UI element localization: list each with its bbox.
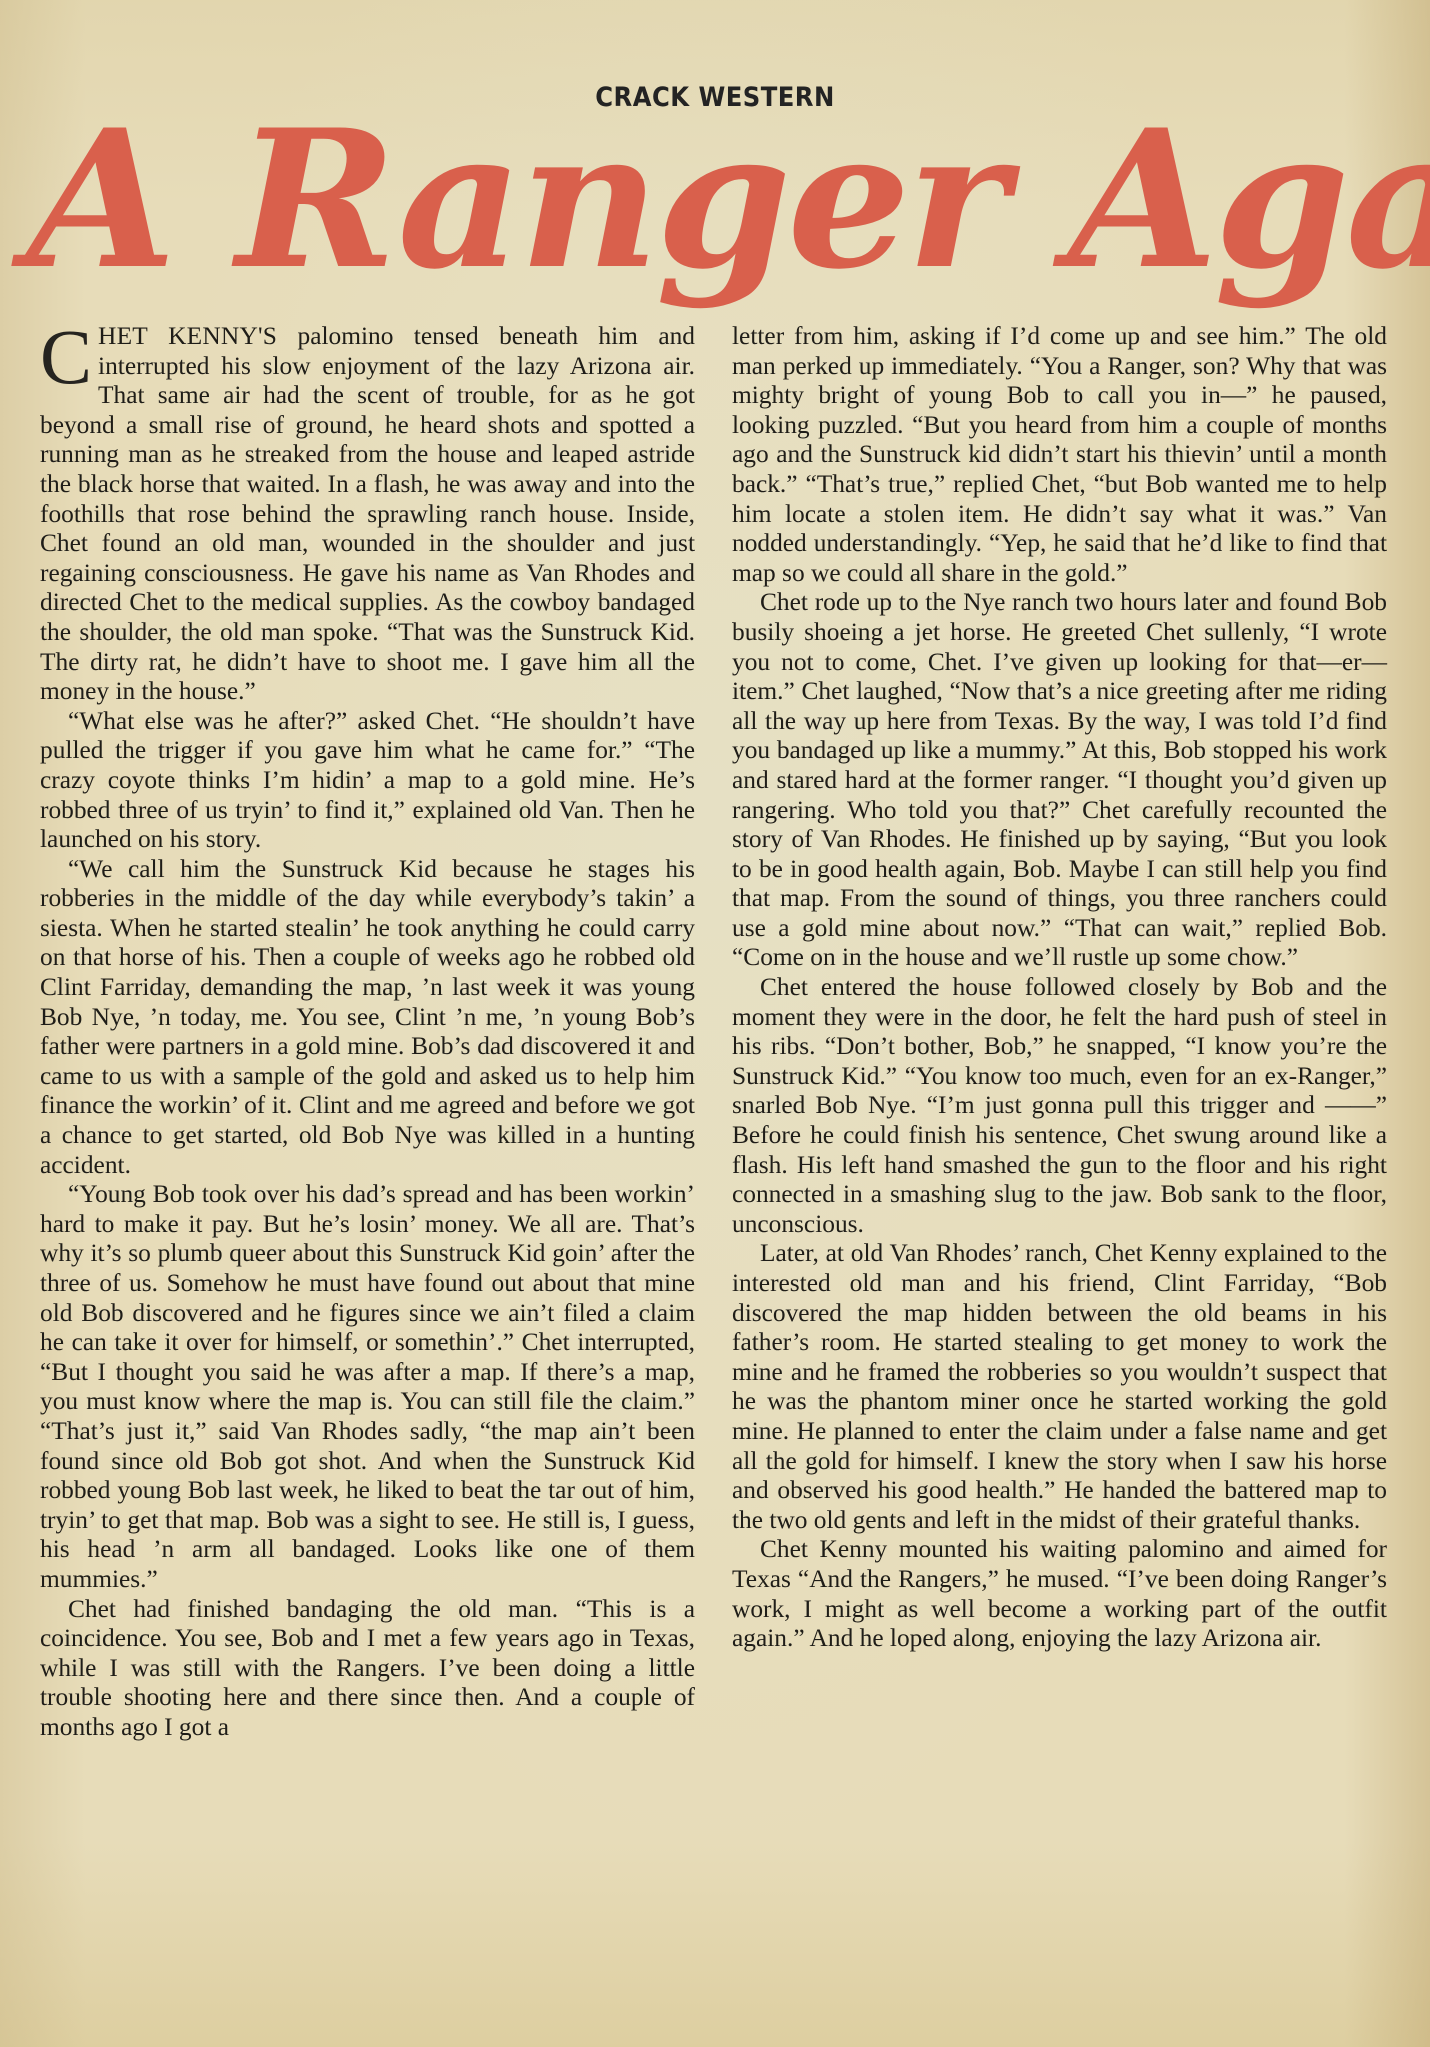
- column-right: letter from him, asking if I’d come up a…: [732, 322, 1387, 2002]
- paragraph-8: Chet entered the house followed closely …: [732, 973, 1387, 1239]
- opening-caps: HET KENNY'S: [98, 322, 277, 350]
- paragraph-1: CHET KENNY'S palomino tensed beneath him…: [40, 322, 695, 707]
- paragraph-2: “What else was he after?” asked Chet. “H…: [40, 707, 695, 855]
- paragraph-7: Chet rode up to the Nye ranch two hours …: [732, 588, 1387, 973]
- paragraph-10: Chet Kenny mounted his waiting palomino …: [732, 1535, 1387, 1653]
- comic-text-page: CRACK WESTERN A Ranger Again CHET KENNY'…: [0, 0, 1430, 2047]
- paragraph-text: palomino tensed beneath him and interrup…: [40, 322, 695, 705]
- paragraph-3: “We call him the Sunstruck Kid because h…: [40, 855, 695, 1181]
- paragraph-4: “Young Bob took over his dad’s spread an…: [40, 1180, 695, 1594]
- story-body: CHET KENNY'S palomino tensed beneath him…: [40, 322, 1410, 2002]
- paragraph-5: Chet had finished bandaging the old man.…: [40, 1595, 695, 1743]
- paragraph-9: Later, at old Van Rhodes’ ranch, Chet Ke…: [732, 1239, 1387, 1535]
- paragraph-6: letter from him, asking if I’d come up a…: [732, 322, 1387, 588]
- column-left: CHET KENNY'S palomino tensed beneath him…: [40, 322, 695, 2002]
- drop-cap: C: [40, 326, 92, 388]
- story-title: A Ranger Again: [26, 92, 1413, 307]
